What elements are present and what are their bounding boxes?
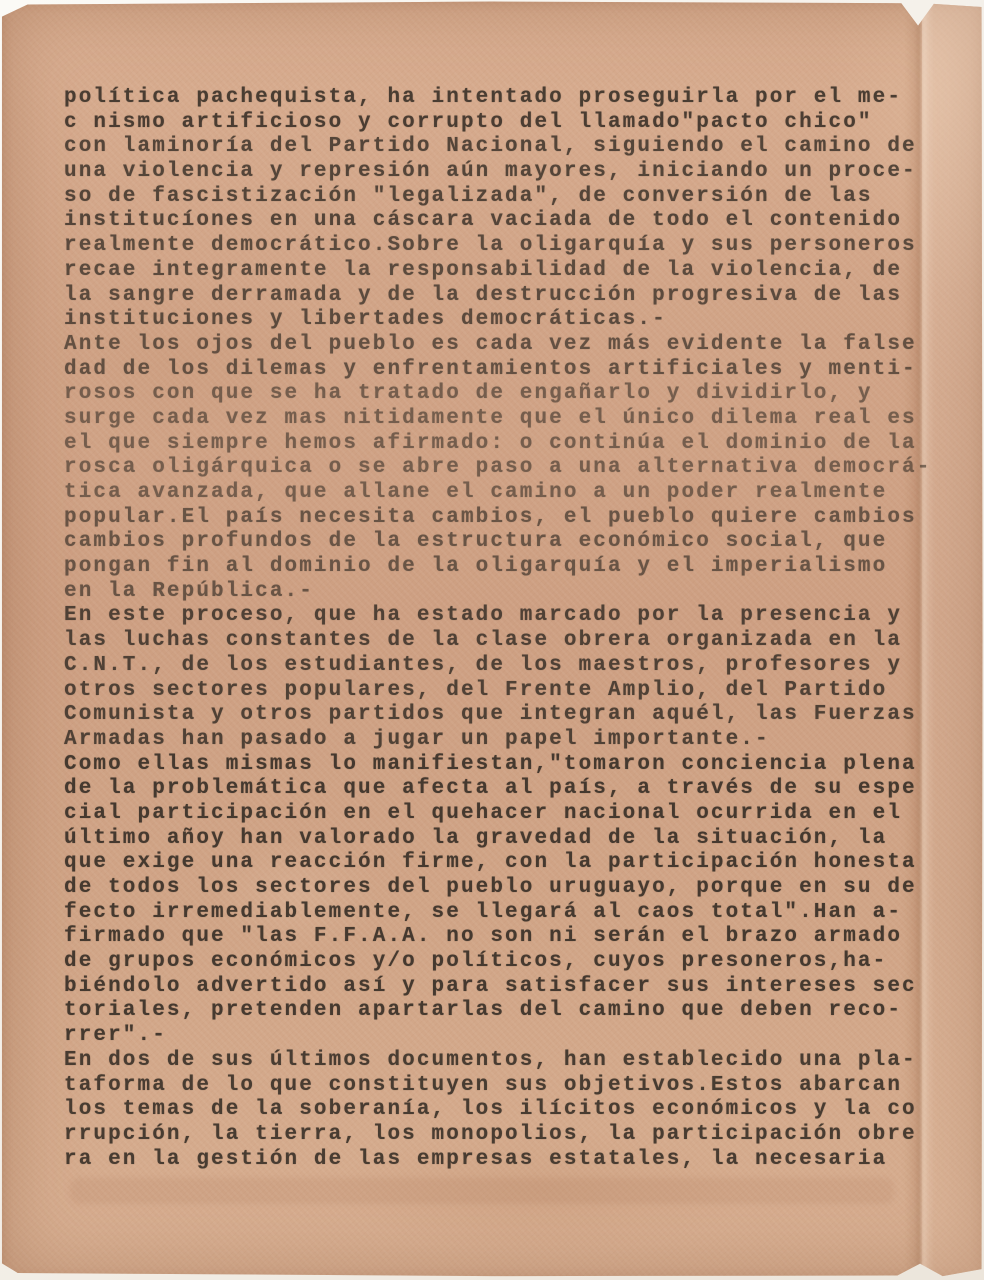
text-line: una violencia y represión aún mayores, i…: [64, 160, 954, 185]
text-line: la sangre derramada y de la destrucción …: [64, 284, 954, 309]
text-line: so de fascistización "legalizada", de co…: [64, 185, 954, 210]
text-line: Comunista y otros partidos que integran …: [64, 703, 954, 728]
text-line: rosca oligárquica o se abre paso a una a…: [64, 456, 954, 481]
text-line: rrer".-: [64, 1024, 954, 1049]
text-line: c nismo artificioso y corrupto del llama…: [64, 111, 954, 136]
text-line: cial participación en el quehacer nacion…: [64, 802, 954, 827]
text-line: instituciones y libertades democráticas.…: [64, 308, 954, 333]
text-line: Como ellas mismas lo manifiestan,"tomaro…: [64, 753, 954, 778]
text-line: cambios profundos de la estructura econó…: [64, 530, 954, 555]
text-line: institucíones en una cáscara vaciada de …: [64, 209, 954, 234]
scan-background: política pachequista, ha intentado prose…: [0, 0, 984, 1280]
text-line: En dos de sus últimos documentos, han es…: [64, 1049, 954, 1074]
ink-ghost-band: [70, 1178, 894, 1204]
text-line: que exige una reacción firme, con la par…: [64, 851, 954, 876]
text-line: último añoy han valorado la gravedad de …: [64, 827, 954, 852]
text-line: realmente democrático.Sobre la oligarquí…: [64, 234, 954, 259]
text-line: Ante los ojos del pueblo es cada vez más…: [64, 333, 954, 358]
text-line: pongan fin al dominio de la oligarquía y…: [64, 555, 954, 580]
text-line: dad de los dilemas y enfrentamientos art…: [64, 358, 954, 383]
text-line: de la problemática que afecta al país, a…: [64, 777, 954, 802]
text-line: fecto irremediablemente, se llegará al c…: [64, 901, 954, 926]
text-line: otros sectores populares, del Frente Amp…: [64, 679, 954, 704]
text-line: las luchas constantes de la clase obrera…: [64, 629, 954, 654]
text-line: tica avanzada, que allane el camino a un…: [64, 481, 954, 506]
text-line: surge cada vez mas nitidamente que el ún…: [64, 407, 954, 432]
text-line: rosos con que se ha tratado de engañarlo…: [64, 382, 954, 407]
text-line: los temas de la soberanía, los ilícitos …: [64, 1098, 954, 1123]
text-line: firmado que "las F.F.A.A. no son ni será…: [64, 925, 954, 950]
text-line: toriales, pretenden apartarlas del camin…: [64, 999, 954, 1024]
text-line: biéndolo advertido así y para satisfacer…: [64, 975, 954, 1000]
text-line: popular.El país necesita cambios, el pue…: [64, 506, 954, 531]
typewritten-text: política pachequista, ha intentado prose…: [64, 86, 954, 1172]
text-line: En este proceso, que ha estado marcado p…: [64, 604, 954, 629]
text-line: Armadas han pasado a jugar un papel impo…: [64, 728, 954, 753]
text-line: taforma de lo que constituyen sus objeti…: [64, 1074, 954, 1099]
text-line: rrupción, la tierra, los monopolios, la …: [64, 1123, 954, 1148]
text-line: ra en la gestión de las empresas estatal…: [64, 1148, 954, 1173]
text-line: con laminoría del Partido Nacional, sigu…: [64, 135, 954, 160]
text-line: el que siempre hemos afirmado: o continú…: [64, 432, 954, 457]
text-line: de grupos económicos y/o políticos, cuyo…: [64, 950, 954, 975]
text-line: C.N.T., de los estudiantes, de los maest…: [64, 654, 954, 679]
text-line: política pachequista, ha intentado prose…: [64, 86, 954, 111]
text-line: recae integramente la responsabilidad de…: [64, 259, 954, 284]
paper-sheet: política pachequista, ha intentado prose…: [0, 0, 984, 1280]
text-line: de todos los sectores del pueblo uruguay…: [64, 876, 954, 901]
text-line: en la República.-: [64, 580, 954, 605]
